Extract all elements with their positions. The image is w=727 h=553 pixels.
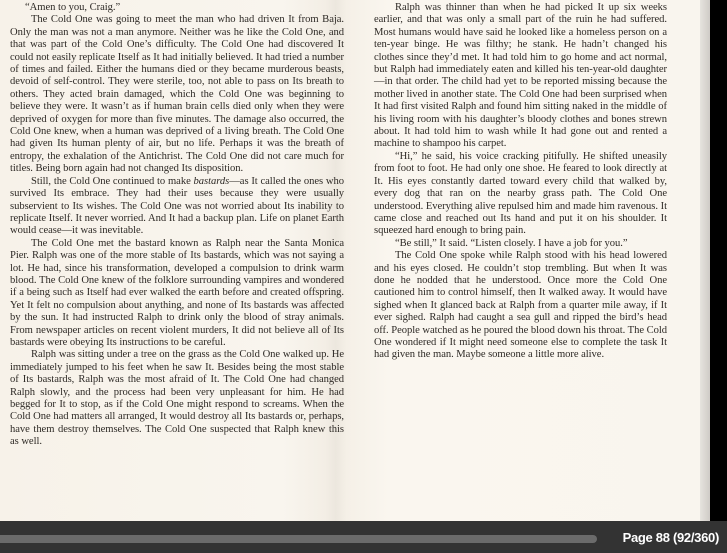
paragraph: “Hi,” he said, his voice cracking pitifu… bbox=[374, 151, 667, 238]
page-indicator: Page 88 (92/360) bbox=[623, 530, 719, 545]
paragraph: Ralph was sitting under a tree on the gr… bbox=[10, 349, 344, 448]
paragraph: The Cold One met the bastard known as Ra… bbox=[10, 238, 344, 350]
paragraph: The Cold One spoke while Ralph stood wit… bbox=[374, 250, 667, 362]
paragraph: “Amen to you, Craig.” bbox=[10, 2, 344, 14]
reader-view: “Amen to you, Craig.” The Cold One was g… bbox=[0, 0, 727, 521]
left-page: “Amen to you, Craig.” The Cold One was g… bbox=[10, 2, 344, 449]
page-edge bbox=[700, 0, 710, 521]
paragraph: “Be still,” It said. “Listen closely. I … bbox=[374, 238, 667, 250]
paragraph: The Cold One was going to meet the man w… bbox=[10, 14, 344, 175]
reading-progress-bar[interactable] bbox=[0, 535, 597, 543]
emphasis: bastards bbox=[194, 176, 230, 187]
right-page: Ralph was thinner than when he had picke… bbox=[374, 2, 667, 362]
paragraph: Ralph was thinner than when he had picke… bbox=[374, 2, 667, 151]
status-bar: Page 88 (92/360) bbox=[0, 521, 727, 553]
window-margin bbox=[710, 0, 727, 521]
paragraph: Still, the Cold One continued to make ba… bbox=[10, 176, 344, 238]
book-spread[interactable]: “Amen to you, Craig.” The Cold One was g… bbox=[0, 0, 707, 521]
